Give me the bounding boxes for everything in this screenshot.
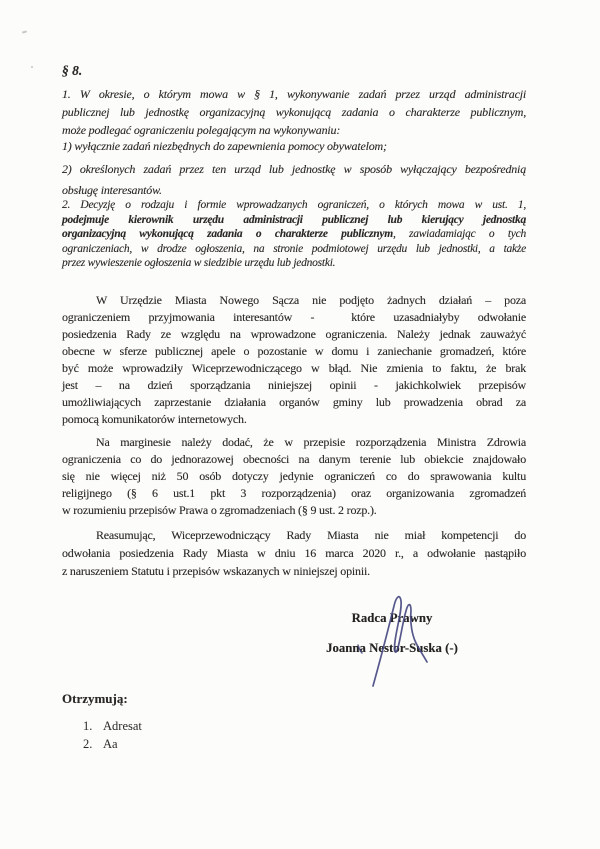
- text-line: posiedzenia Rady ze względu na wprowadzo…: [62, 326, 526, 343]
- distribution-item: 2.Aa: [83, 736, 142, 754]
- text-line: religijnego (§ 6 ust.1 pkt 3 rozporządze…: [62, 485, 526, 502]
- text-line: umożliwiających zaprzestanie działania o…: [62, 394, 526, 411]
- text-line: jest – na dzień sporządzania niniejszej …: [62, 377, 526, 394]
- text-line: przez wywieszenie ogłoszenia w siedzibie…: [62, 256, 526, 271]
- text-line: odwołania posiedzenia Rady Miasta w dniu…: [62, 544, 526, 562]
- text-line: ograniczenia co do jednorazowej obecnośc…: [62, 451, 526, 468]
- legal-quote-point-1: 1) wyłącznie zadań niezbędnych do zapewn…: [62, 137, 526, 155]
- text-line: 2) określonych zadań przez ten urząd lub…: [62, 159, 526, 180]
- text-line: pomocą komunikatorów internetowych.: [62, 411, 526, 428]
- distribution-item: 1.Adresat: [83, 718, 142, 736]
- item-number: 2.: [83, 736, 103, 754]
- distribution-heading: Otrzymują:: [62, 691, 128, 707]
- item-label: Adresat: [103, 719, 142, 733]
- text-line: 1. W okresie, o którym mowa w § 1, wykon…: [62, 85, 526, 103]
- legal-quote-point-2: 2) określonych zadań przez ten urząd lub…: [62, 159, 526, 201]
- item-number: 1.: [83, 718, 103, 736]
- opinion-paragraph-3: Reasumując, Wiceprzewodniczący Rady Mias…: [62, 526, 526, 580]
- text-line: ograniczeniach, w drodze ogłoszenia, na …: [62, 242, 526, 257]
- text-line: publicznej lub jednostkę organizacyjną w…: [62, 103, 526, 121]
- section-heading: § 8.: [62, 63, 82, 79]
- text-line: być może wprowadziły Wiceprzewodnicząceg…: [62, 360, 526, 377]
- text-line: 2. Decyzję o rodzaju i formie wprowadzan…: [62, 198, 526, 213]
- opinion-paragraph-1: W Urzędzie Miasta Nowego Sącza nie podję…: [62, 292, 526, 428]
- signature-tick: [358, 645, 362, 653]
- legal-quote-paragraph-1: 1. W okresie, o którym mowa w § 1, wykon…: [62, 85, 526, 139]
- text-line: W Urzędzie Miasta Nowego Sącza nie podję…: [62, 292, 526, 309]
- distribution-list: 1.Adresat2.Aa: [83, 718, 142, 753]
- text-line: się nie więcej niż 50 osób dotyczy jedyn…: [62, 468, 526, 485]
- scan-speck: [22, 30, 27, 33]
- item-label: Aa: [103, 737, 118, 751]
- scanned-document-page: § 8. 1. W okresie, o którym mowa w § 1, …: [0, 0, 600, 849]
- scan-speck: [31, 66, 33, 68]
- text-line: organizacyjną wykonującą zadania o chara…: [62, 227, 526, 242]
- text-line: ograniczeniem przyjmowania interesantów …: [62, 309, 526, 326]
- text-line: w rozumieniu przepisów Prawa o zgromadze…: [62, 502, 526, 519]
- opinion-paragraph-2: Na marginesie należy dodać, że w przepis…: [62, 434, 526, 519]
- text-line: Na marginesie należy dodać, że w przepis…: [62, 434, 526, 451]
- handwritten-signature-ink: [350, 582, 440, 694]
- text-line: podejmuje kierownik urzędu administracji…: [62, 213, 526, 228]
- text-line: Reasumując, Wiceprzewodniczący Rady Mias…: [62, 526, 526, 544]
- text-line: obecne w sferze publicznej apele o pozos…: [62, 343, 526, 360]
- text-line: z naruszeniem Statutu i przepisów wskaza…: [62, 562, 526, 580]
- signature-stroke: [373, 597, 427, 686]
- text-line: 1) wyłącznie zadań niezbędnych do zapewn…: [62, 137, 526, 155]
- legal-quote-paragraph-2: 2. Decyzję o rodzaju i formie wprowadzan…: [62, 198, 526, 271]
